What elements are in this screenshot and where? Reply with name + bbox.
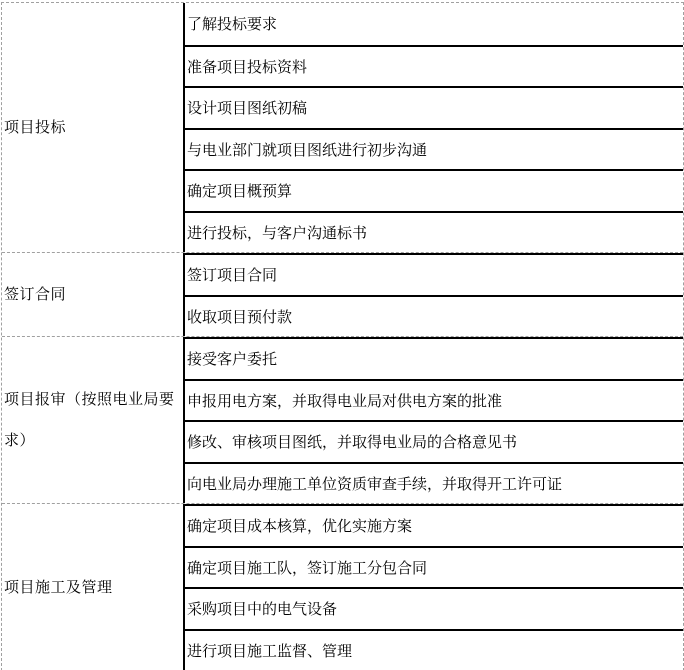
group-contract: 签订合同 签订项目合同 收取项目预付款 [2,253,683,337]
group-label-text: 项目投标 [4,107,66,148]
step-list: 了解投标要求 准备项目投标资料 设计项目图纸初稿 与电业部门就项目图纸进行初步沟… [185,3,683,252]
step-cell: 接受客户委托 [185,337,683,379]
step-list: 签订项目合同 收取项目预付款 [185,253,683,336]
step-list: 确定项目成本核算，优化实施方案 确定项目施工队，签订施工分包合同 采购项目中的电… [185,504,683,670]
step-list: 接受客户委托 申报用电方案，并取得电业局对供电方案的批准 修改、审核项目图纸，并… [185,337,683,503]
step-cell: 采购项目中的电气设备 [185,587,683,629]
group-label: 签订合同 [2,253,185,336]
step-cell: 确定项目施工队，签订施工分包合同 [185,546,683,588]
step-cell: 向电业局办理施工单位资质审查手续，并取得开工许可证 [185,462,683,504]
step-cell: 了解投标要求 [185,3,683,45]
step-cell: 修改、审核项目图纸，并取得电业局的合格意见书 [185,420,683,462]
group-label-text: 项目施工及管理 [4,567,113,608]
step-cell: 进行投标，与客户沟通标书 [185,211,683,253]
group-label-text: 项目报审（按照电业局要求） [4,379,183,461]
group-label: 项目投标 [2,3,185,252]
step-cell: 申报用电方案，并取得电业局对供电方案的批准 [185,379,683,421]
group-label-text: 签订合同 [4,274,66,315]
process-table: 项目投标 了解投标要求 准备项目投标资料 设计项目图纸初稿 与电业部门就项目图纸… [1,2,684,670]
step-cell: 准备项目投标资料 [185,45,683,87]
step-cell: 确定项目概预算 [185,169,683,211]
group-construction: 项目施工及管理 确定项目成本核算，优化实施方案 确定项目施工队，签订施工分包合同… [2,504,683,670]
step-cell: 设计项目图纸初稿 [185,86,683,128]
step-cell: 与电业部门就项目图纸进行初步沟通 [185,128,683,170]
group-label: 项目报审（按照电业局要求） [2,337,185,503]
step-cell: 确定项目成本核算，优化实施方案 [185,504,683,546]
step-cell: 进行项目施工监督、管理 [185,629,683,670]
group-approval: 项目报审（按照电业局要求） 接受客户委托 申报用电方案，并取得电业局对供电方案的… [2,337,683,504]
group-label: 项目施工及管理 [2,504,185,670]
step-cell: 收取项目预付款 [185,295,683,337]
group-bidding: 项目投标 了解投标要求 准备项目投标资料 设计项目图纸初稿 与电业部门就项目图纸… [2,3,683,253]
step-cell: 签订项目合同 [185,253,683,295]
